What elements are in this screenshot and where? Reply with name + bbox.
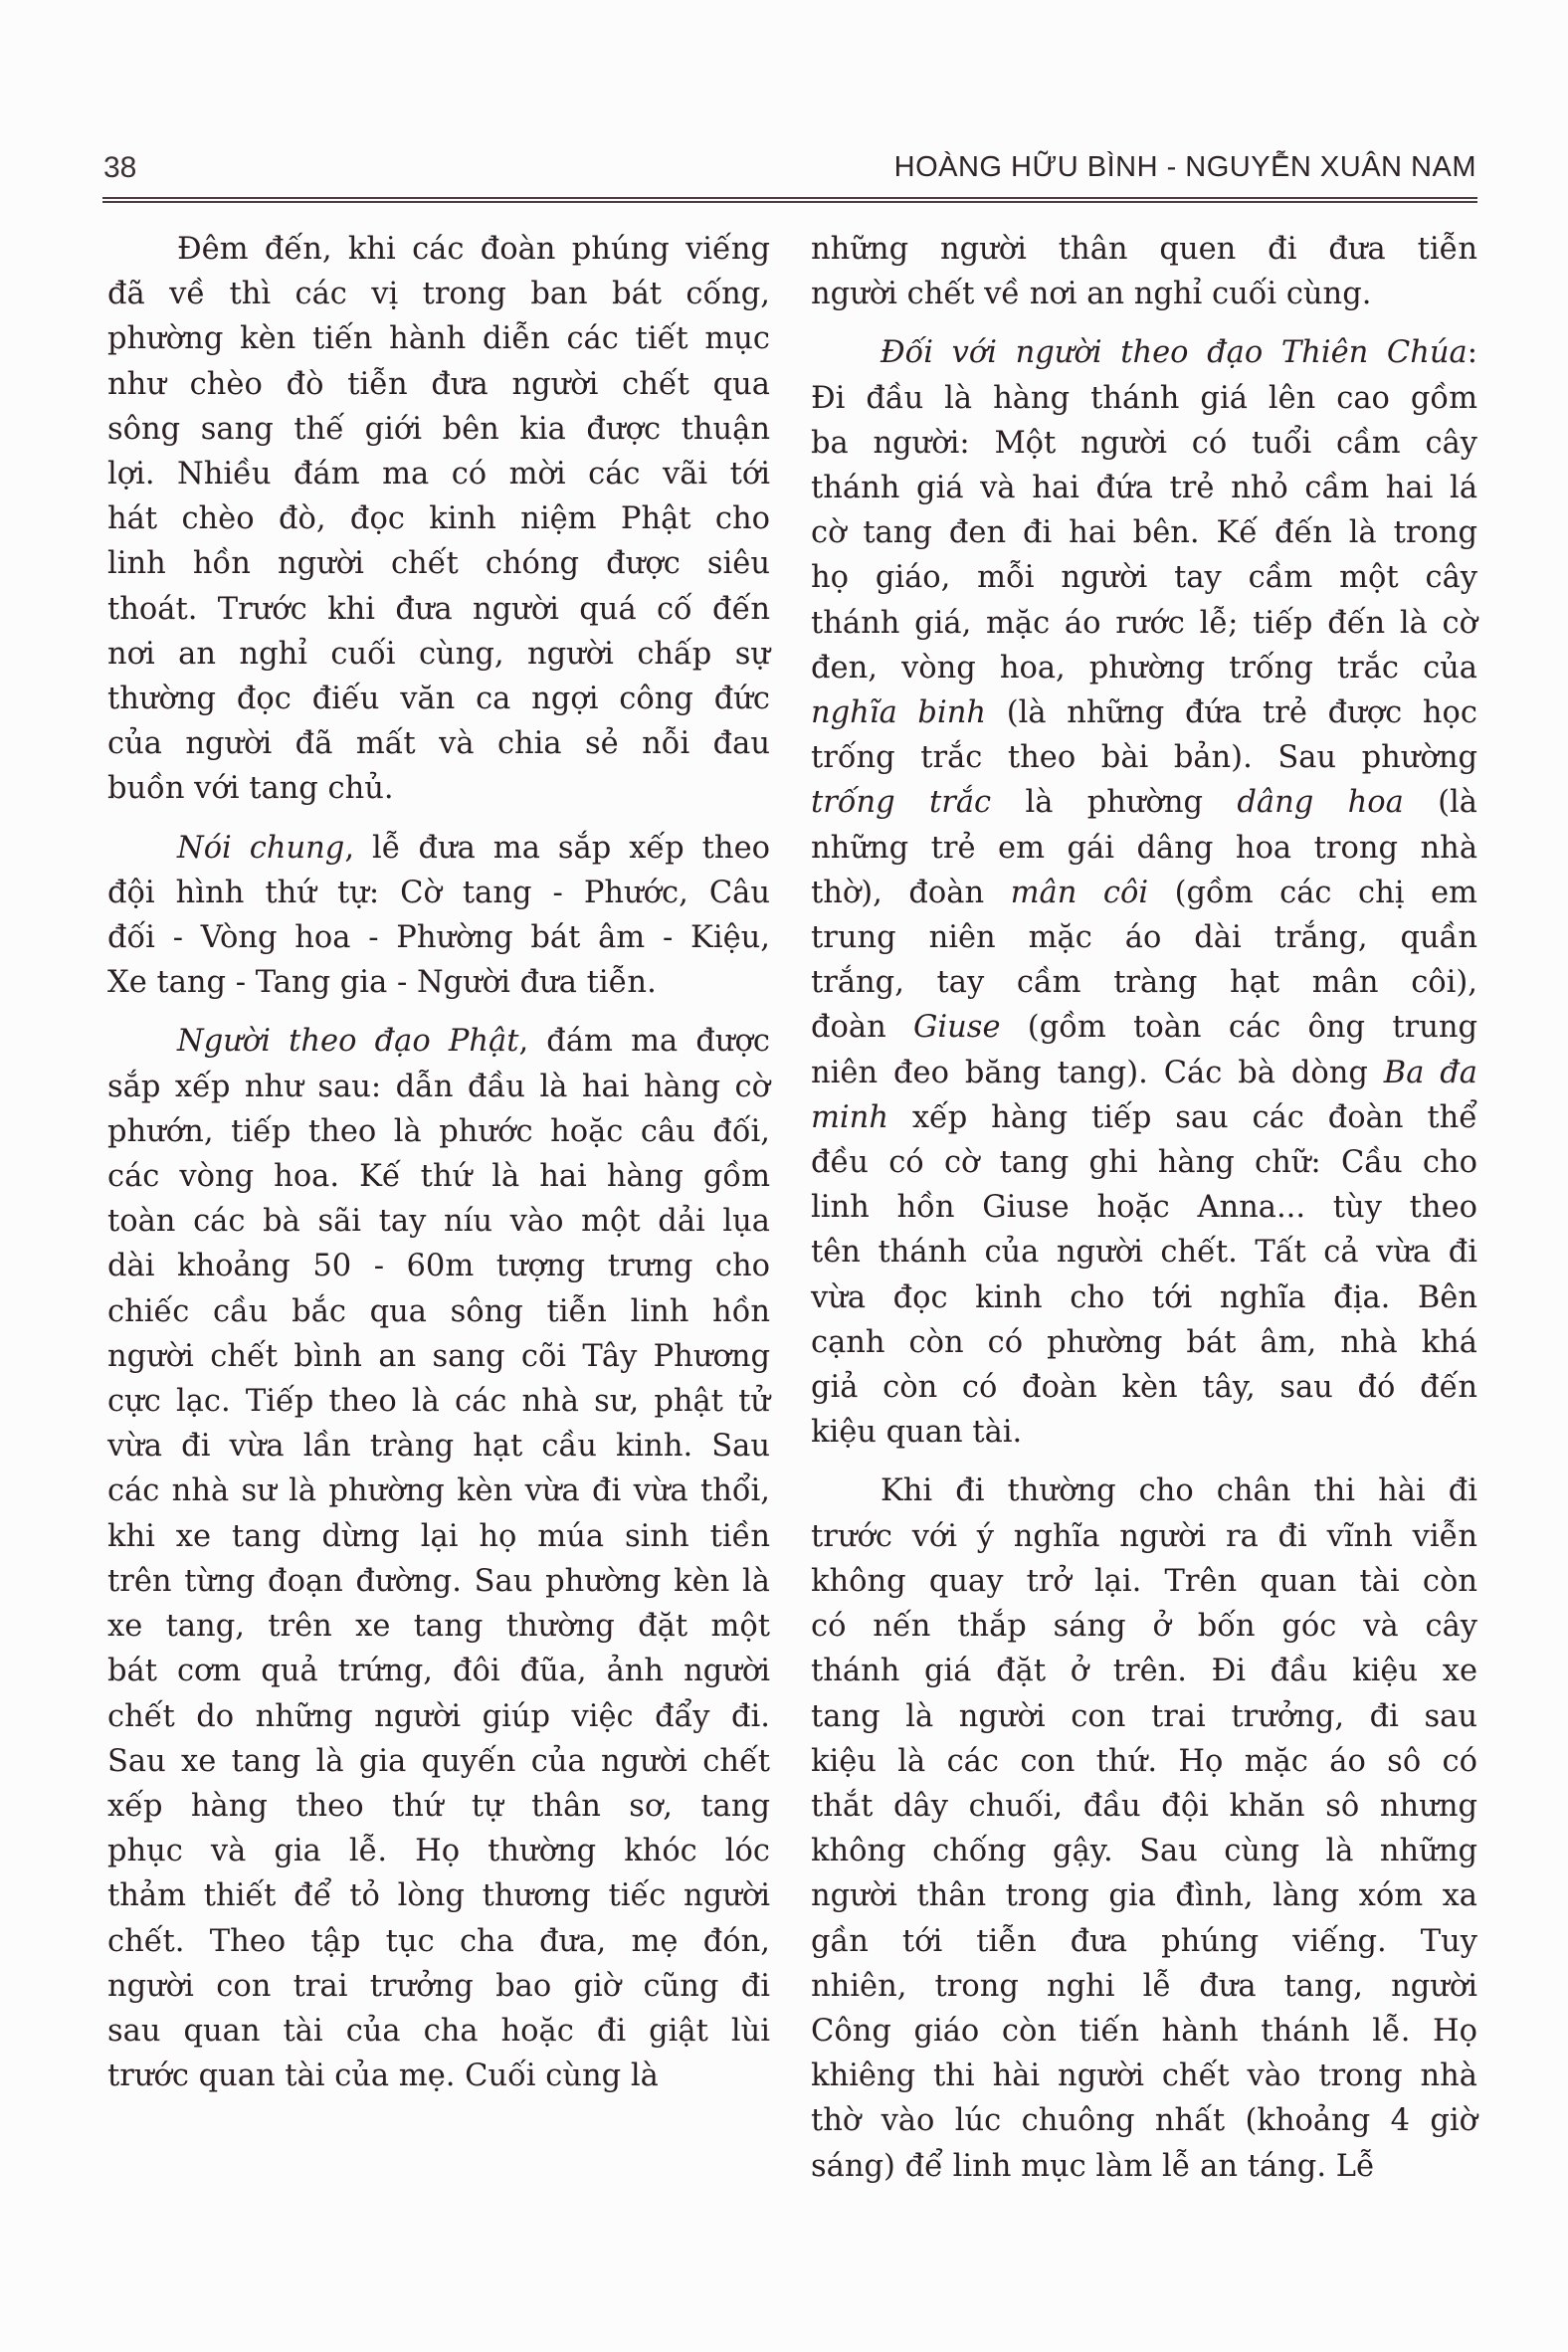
- text-line: phướn, tiếp theo là phước hoặc câu đối,: [107, 1109, 770, 1154]
- text-line: bát cơm quả trứng, đôi đũa, ảnh người: [107, 1649, 770, 1693]
- text-line: kiệu là các con thứ. Họ mặc áo sô có: [811, 1739, 1477, 1784]
- text-line: Sau xe tang là gia quyến của người chết: [107, 1739, 770, 1784]
- text-line: Công giáo còn tiến hành thánh lễ. Họ: [811, 2009, 1477, 2054]
- text-line: tang là người con trai trưởng, đi sau: [811, 1694, 1477, 1739]
- text-line: Khi đi thường cho chân thi hài đi: [811, 1469, 1477, 1513]
- text-line: trung niên mặc áo dài trắng, quần: [811, 915, 1477, 960]
- text-line: khiêng thi hài người chết vào trong nhà: [811, 2054, 1477, 2098]
- page-header: 38 HOÀNG HỮU BÌNH - NGUYỄN XUÂN NAM: [103, 151, 1476, 191]
- text-line: các vòng hoa. Kế thứ là hai hàng gồm: [107, 1154, 770, 1199]
- italic-lead: Đối với người theo đạo Thiên Chúa: [881, 335, 1468, 370]
- paragraph-p4: những người thân quen đi đưa tiễnngười c…: [811, 227, 1477, 316]
- text-line: sáng) để linh mục làm lễ an táng. Lễ: [811, 2144, 1477, 2189]
- text-line: Đối với người theo đạo Thiên Chúa:: [811, 330, 1477, 375]
- text-line: trắng, tay cầm tràng hạt mân côi),: [811, 960, 1477, 1005]
- italic-term: Ba đa: [1384, 1056, 1477, 1090]
- text-line: khi xe tang dừng lại họ múa sinh tiền: [107, 1514, 770, 1559]
- text-line: những trẻ em gái dâng hoa trong nhà: [811, 826, 1477, 871]
- paragraph-p2: Nói chung, lễ đưa ma sắp xếp theođội hìn…: [107, 826, 770, 1006]
- text-line: xe tang, trên xe tang thường đặt một: [107, 1604, 770, 1649]
- text-line: như chèo đò tiễn đưa người chết qua: [107, 362, 770, 407]
- text-line: trống trắc theo bài bản). Sau phường: [811, 735, 1477, 780]
- italic-lead: Người theo đạo Phật: [177, 1024, 518, 1059]
- italic-term: trống trắc: [811, 785, 991, 820]
- text-line: chết. Theo tập tục cha đưa, mẹ đón,: [107, 1919, 770, 1964]
- paragraph-p3: Người theo đạo Phật, đám ma đượcsắp xếp …: [107, 1019, 770, 2098]
- text-line: phường kèn tiến hành diễn các tiết mục: [107, 316, 770, 361]
- text-line: đen, vòng hoa, phường trống trắc của: [811, 646, 1477, 690]
- paragraph-p1: Đêm đến, khi các đoàn phúng viếngđã về t…: [107, 227, 770, 812]
- text-line: lợi. Nhiều đám ma có mời các vãi tới: [107, 452, 770, 496]
- text-line: cờ tang đen đi hai bên. Kế đến là trong: [811, 510, 1477, 555]
- text-line: đối - Vòng hoa - Phường bát âm - Kiệu,: [107, 915, 770, 960]
- text-line: vừa đọc kinh cho tới nghĩa địa. Bên: [811, 1275, 1477, 1320]
- text-line: Đi đầu là hàng thánh giá lên cao gồm: [811, 376, 1477, 421]
- text-line: Đêm đến, khi các đoàn phúng viếng: [107, 227, 770, 272]
- text-line: linh hồn người chết chóng được siêu: [107, 541, 770, 586]
- text-line: thánh giá đặt ở trên. Đi đầu kiệu xe: [811, 1649, 1477, 1693]
- text-line: sau quan tài của cha hoặc đi giật lùi: [107, 2009, 770, 2054]
- text-line: cực lạc. Tiếp theo là các nhà sư, phật t…: [107, 1379, 770, 1424]
- page-number: 38: [103, 151, 136, 185]
- paragraph-p6: Khi đi thường cho chân thi hài đitrước v…: [811, 1469, 1477, 2188]
- text-line: trên từng đoạn đường. Sau phường kèn là: [107, 1559, 770, 1604]
- text-line: sông sang thế giới bên kia được thuận: [107, 407, 770, 452]
- text-line: những người thân quen đi đưa tiễn: [811, 227, 1477, 272]
- text-line: trước quan tài của mẹ. Cuối cùng là: [107, 2054, 770, 2098]
- italic-term: nghĩa binh: [811, 695, 986, 730]
- text-line: hát chèo đò, đọc kinh niệm Phật cho: [107, 496, 770, 541]
- text-line: vừa đi vừa lần tràng hạt cầu kinh. Sau: [107, 1424, 770, 1469]
- text-line: tên thánh của người chết. Tất cả vừa đi: [811, 1230, 1477, 1274]
- text-line: người con trai trưởng bao giờ cũng đi: [107, 1964, 770, 2009]
- text-line: dài khoảng 50 - 60m tượng trưng cho: [107, 1244, 770, 1288]
- text-line: các nhà sư là phường kèn vừa đi vừa thổi…: [107, 1469, 770, 1513]
- paragraph-p5: Đối với người theo đạo Thiên Chúa:Đi đầu…: [811, 330, 1477, 1455]
- text-line: cạnh còn có phường bát âm, nhà khá: [811, 1320, 1477, 1365]
- text-line: sắp xếp như sau: dẫn đầu là hai hàng cờ: [107, 1065, 770, 1109]
- text-line: trống trắc là phường dâng hoa (là: [811, 780, 1477, 825]
- text-line: thờ), đoàn mân côi (gồm các chị em: [811, 871, 1477, 915]
- text-line: linh hồn Giuse hoặc Anna... tùy theo: [811, 1185, 1477, 1230]
- italic-term: minh: [811, 1100, 888, 1135]
- text-line: thảm thiết để tỏ lòng thương tiếc người: [107, 1873, 770, 1918]
- text-line: chết do những người giúp việc đẩy đi.: [107, 1694, 770, 1739]
- header-double-rule: [102, 197, 1477, 203]
- text-line: trước với ý nghĩa người ra đi vĩnh viễn: [811, 1514, 1477, 1559]
- text-line: của người đã mất và chia sẻ nỗi đau: [107, 721, 770, 766]
- text-line: có nến thắp sáng ở bốn góc và cây: [811, 1604, 1477, 1649]
- text-line: thánh giá, mặc áo rước lễ; tiếp đến là c…: [811, 601, 1477, 646]
- text-line: Người theo đạo Phật, đám ma được: [107, 1019, 770, 1064]
- italic-lead: Nói chung: [177, 831, 344, 866]
- left-text-column: Đêm đến, khi các đoàn phúng viếngđã về t…: [107, 227, 770, 2098]
- italic-term: mân côi: [1011, 876, 1148, 910]
- text-line: người chết bình an sang cõi Tây Phương: [107, 1334, 770, 1379]
- text-line: đoàn Giuse (gồm toàn các ông trung: [811, 1005, 1477, 1050]
- text-line: thờ vào lúc chuông nhất (khoảng 4 giờ: [811, 2098, 1477, 2143]
- right-text-column: những người thân quen đi đưa tiễnngười c…: [811, 227, 1477, 2189]
- text-line: phục và gia lễ. Họ thường khóc lóc: [107, 1829, 770, 1873]
- text-line: kiệu quan tài.: [811, 1410, 1477, 1455]
- text-line: xếp hàng theo thứ tự thân sơ, tang: [107, 1784, 770, 1829]
- text-line: nghĩa binh (là những đứa trẻ được học: [811, 690, 1477, 735]
- text-line: minh xếp hàng tiếp sau các đoàn thể: [811, 1095, 1477, 1140]
- text-line: buồn với tang chủ.: [107, 766, 770, 811]
- text-line: Nói chung, lễ đưa ma sắp xếp theo: [107, 826, 770, 871]
- text-line: thánh giá và hai đứa trẻ nhỏ cầm hai lá: [811, 466, 1477, 510]
- text-line: toàn các bà sãi tay níu vào một dải lụa: [107, 1199, 770, 1244]
- text-line: giả còn có đoàn kèn tây, sau đó đến: [811, 1365, 1477, 1410]
- text-line: họ giáo, mỗi người tay cầm một cây: [811, 555, 1477, 600]
- text-line: không quay trở lại. Trên quan tài còn: [811, 1559, 1477, 1604]
- text-line: niên đeo băng tang). Các bà dòng Ba đa: [811, 1051, 1477, 1095]
- text-line: người thân trong gia đình, làng xóm xa: [811, 1873, 1477, 1918]
- text-line: đều có cờ tang ghi hàng chữ: Cầu cho: [811, 1140, 1477, 1185]
- text-line: chiếc cầu bắc qua sông tiễn linh hồn: [107, 1289, 770, 1334]
- text-line: gần tới tiễn đưa phúng viếng. Tuy: [811, 1919, 1477, 1964]
- text-line: người chết về nơi an nghỉ cuối cùng.: [811, 272, 1477, 316]
- text-line: thắt dây chuối, đầu đội khăn sô nhưng: [811, 1784, 1477, 1829]
- text-line: ba người: Một người có tuổi cầm cây: [811, 421, 1477, 466]
- italic-term: dâng hoa: [1237, 785, 1403, 820]
- text-line: Xe tang - Tang gia - Người đưa tiễn.: [107, 960, 770, 1005]
- text-line: đã về thì các vị trong ban bát cống,: [107, 272, 770, 316]
- text-line: nhiên, trong nghi lễ đưa tang, người: [811, 1964, 1477, 2009]
- text-line: thoát. Trước khi đưa người quá cố đến: [107, 587, 770, 632]
- text-line: thường đọc điếu văn ca ngợi công đức: [107, 677, 770, 721]
- running-head-authors: HOÀNG HỮU BÌNH - NGUYỄN XUÂN NAM: [894, 151, 1476, 184]
- italic-term: Giuse: [913, 1010, 1000, 1045]
- text-line: không chống gậy. Sau cùng là những: [811, 1829, 1477, 1873]
- text-line: đội hình thứ tự: Cờ tang - Phước, Câu: [107, 871, 770, 915]
- text-line: nơi an nghỉ cuối cùng, người chấp sự: [107, 632, 770, 677]
